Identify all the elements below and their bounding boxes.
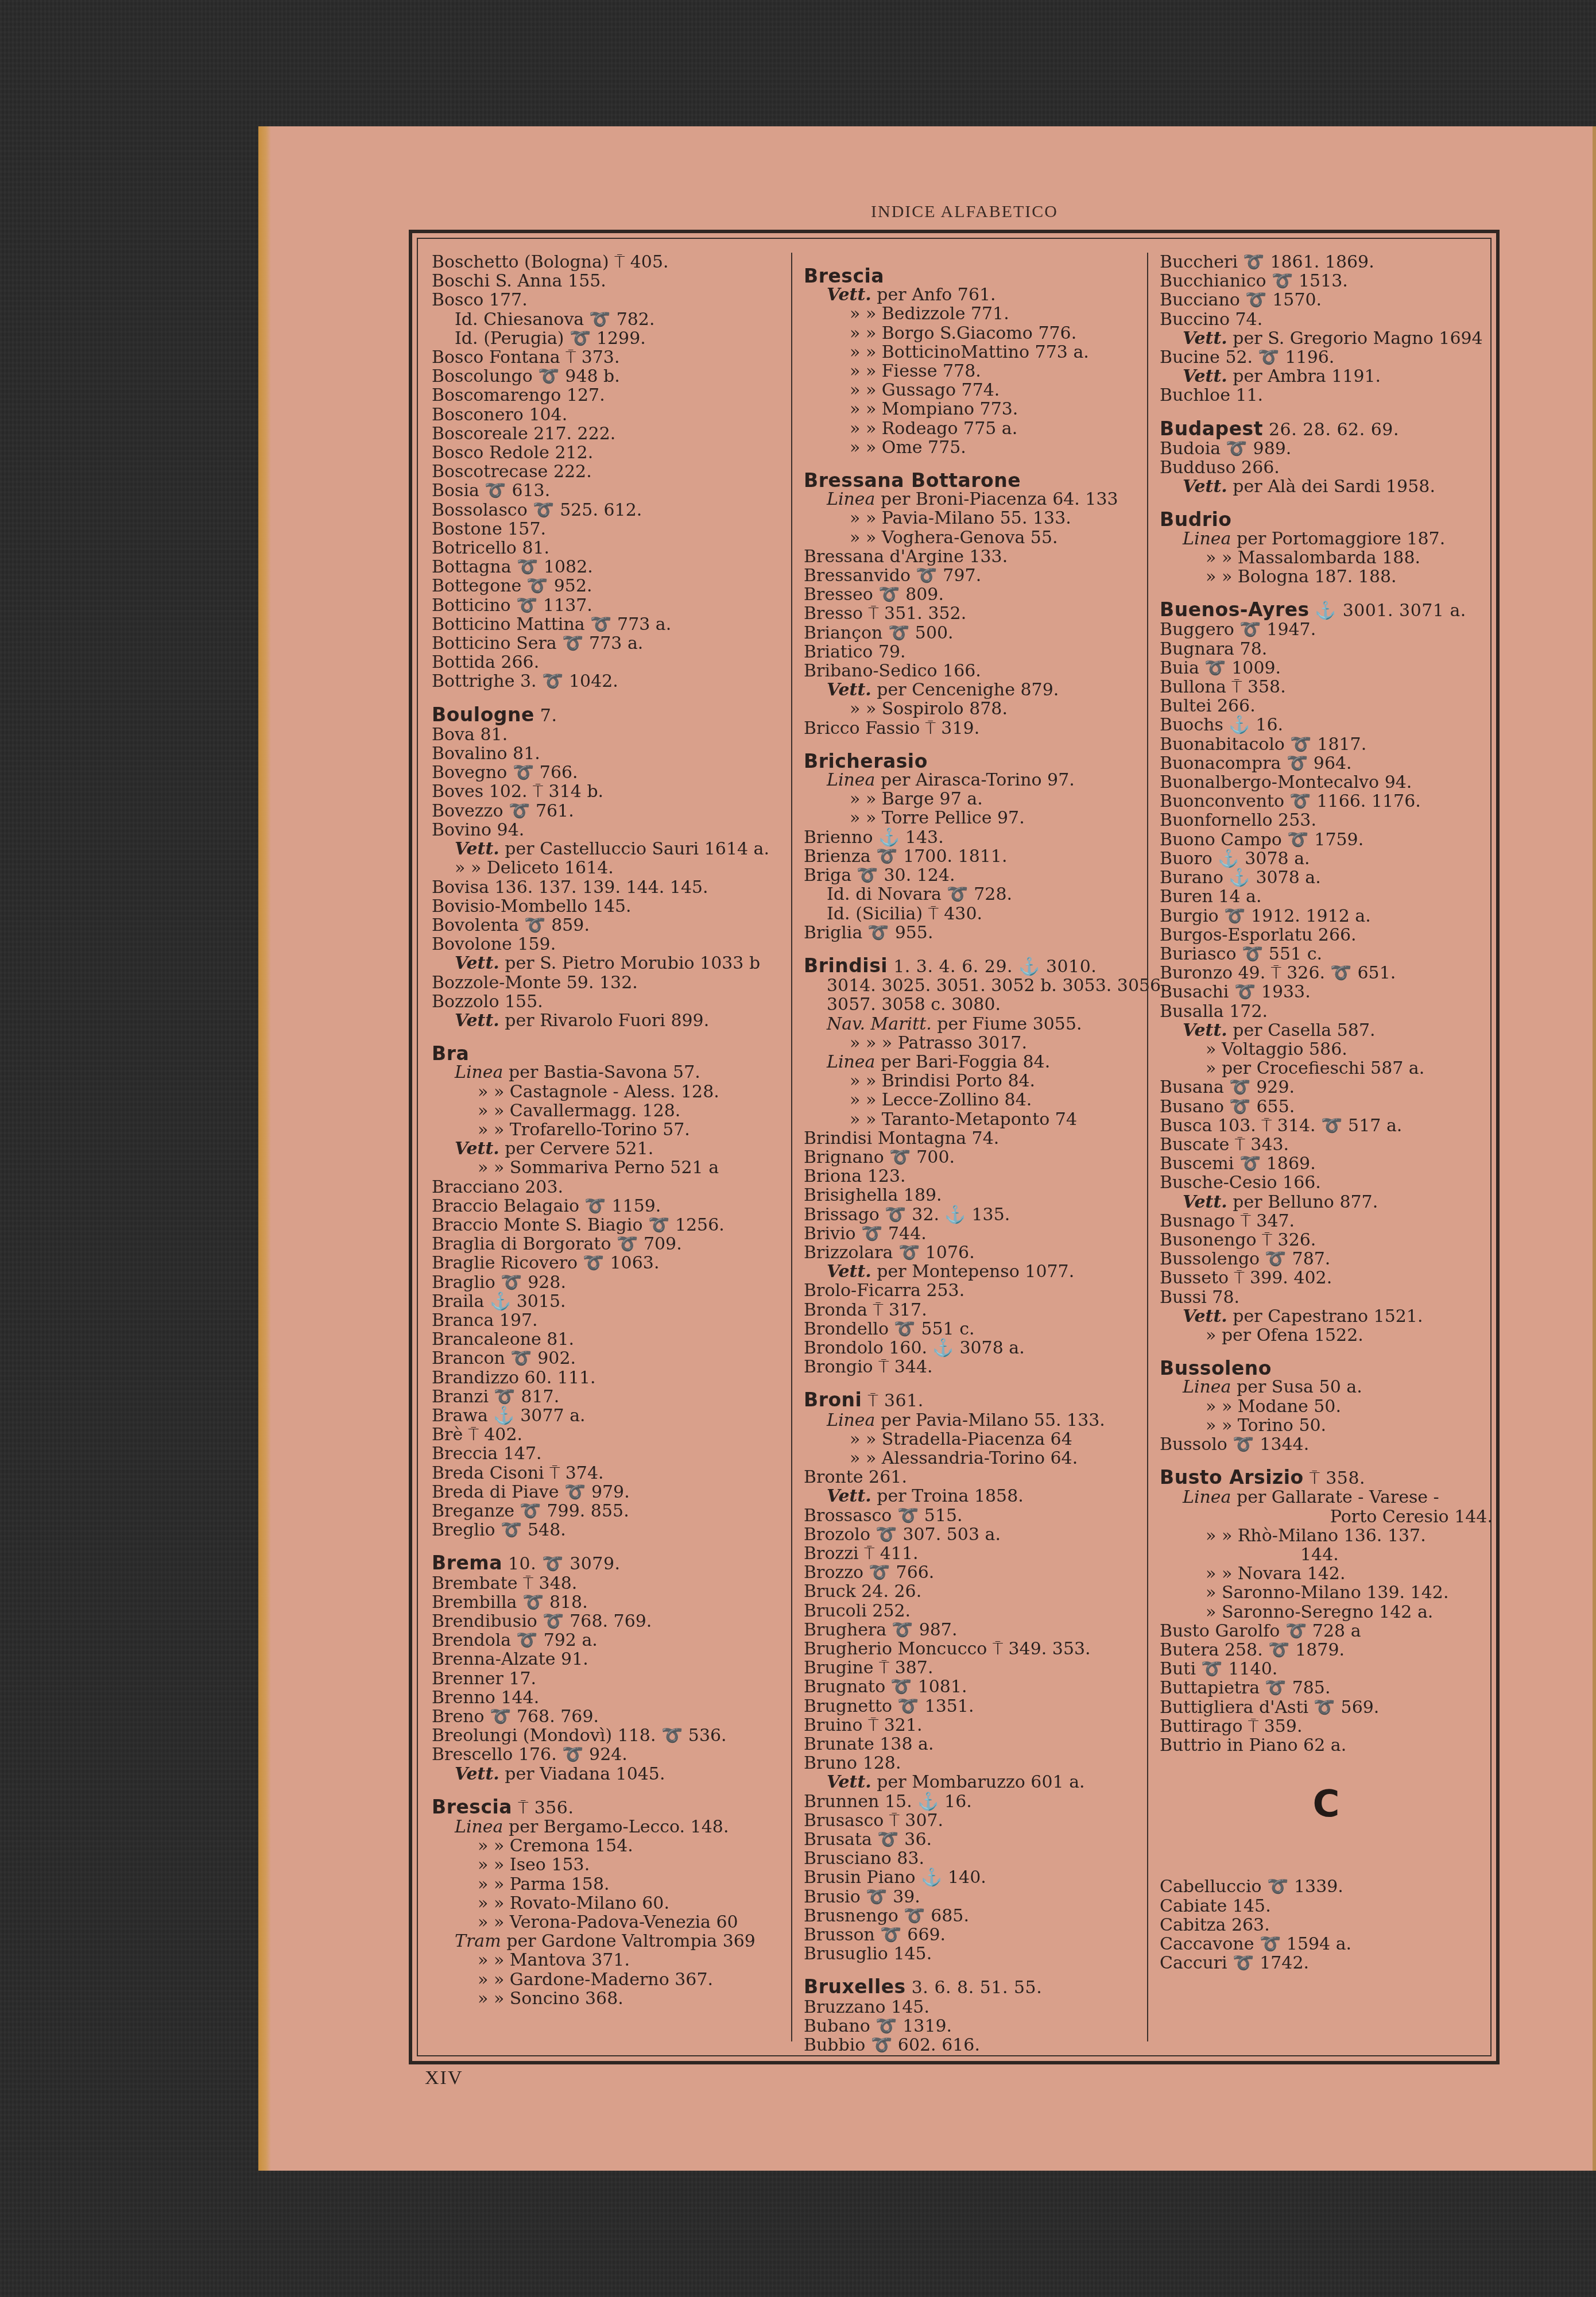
index-entry: Brè ⍑ 402. — [432, 1425, 773, 1444]
index-sub-entry: » » Torino 50. — [1160, 1416, 1493, 1435]
index-entry: Buonabitacolo ➰ 1817. — [1160, 735, 1493, 754]
index-entry: Bussolengo ➰ 787. — [1160, 1250, 1493, 1269]
index-entry: Bovisa 136. 137. 139. 144. 145. — [432, 878, 773, 897]
index-sub-entry: » » Rodeago 775 a. — [804, 419, 1132, 438]
index-sub-entry: » » Rovato-Milano 60. — [432, 1894, 773, 1913]
index-entry: Buttrio in Piano 62 a. — [1160, 1736, 1493, 1755]
index-entry: Bresso ⍑ 351. 352. — [804, 604, 1132, 623]
service-type-label: Vett. — [1183, 477, 1227, 497]
index-heading-entry: Bussoleno — [1160, 1359, 1493, 1378]
index-entry: Brusasco ⍑ 307. — [804, 1811, 1132, 1830]
service-type-label: Linea — [455, 1062, 503, 1082]
index-entry: Brongio ⍑ 344. — [804, 1358, 1132, 1376]
index-entry: Bossolasco ➰ 525. 612. — [432, 501, 773, 520]
service-type-label: Linea — [827, 770, 875, 790]
index-entry: Brawa ⚓ 3077 a. — [432, 1406, 773, 1425]
index-entry: Briga ➰ 30. 124. — [804, 866, 1132, 885]
index-entry: Bugnara 78. — [1160, 640, 1493, 659]
index-entry: Bullona ⍑ 358. — [1160, 678, 1493, 697]
index-heading-entry: Budapest 26. 28. 62. 69. — [1160, 419, 1493, 439]
index-entry: Briatico 79. — [804, 643, 1132, 662]
index-entry: Buonalbergo-Montecalvo 94. — [1160, 773, 1493, 792]
index-entry: Budduso 266. — [1160, 458, 1493, 477]
index-heading-entry: Budrio — [1160, 510, 1493, 529]
index-sub-entry: Linea per Bari-Foggia 84. — [804, 1053, 1132, 1072]
index-sub-entry: » » Iseo 153. — [432, 1855, 773, 1874]
index-entry: Bucine 52. ➰ 1196. — [1160, 348, 1493, 367]
index-entry: Breccia 147. — [432, 1444, 773, 1463]
index-entry: Busalla 172. — [1160, 1002, 1493, 1021]
index-entry: Busachi ➰ 1933. — [1160, 983, 1493, 1001]
index-sub-entry: » » Cavallermagg. 128. — [432, 1101, 773, 1120]
index-sub-entry: » » » Patrasso 3017. — [804, 1034, 1132, 1053]
service-type-label: Linea — [827, 1410, 875, 1430]
service-type-label: Vett. — [455, 839, 499, 859]
index-entry: Boschi S. Anna 155. — [432, 272, 773, 291]
index-heading-entry: Brescia ⍑ 356. — [432, 1797, 773, 1818]
index-entry: Branca 197. — [432, 1311, 773, 1330]
index-sub-entry: Vett. per Ambra 1191. — [1160, 367, 1493, 386]
index-sub-entry: Vett. per Troina 1858. — [804, 1487, 1132, 1506]
index-sub-entry: Id. (Sicilia) ⍑ 430. — [804, 904, 1132, 923]
index-sub-entry: » » Pavia-Milano 55. 133. — [804, 509, 1132, 528]
index-entry: Brucoli 252. — [804, 1602, 1132, 1621]
running-head-title: INDICE ALFABETICO — [844, 202, 1085, 222]
index-entry: Buono Campo ➰ 1759. — [1160, 830, 1493, 849]
index-entry: Bosco Redole 212. — [432, 443, 773, 462]
index-heading-entry: Bricherasio — [804, 752, 1132, 771]
index-entry: Buscemi ➰ 1869. — [1160, 1154, 1493, 1173]
index-sub-entry: » » Mantova 371. — [432, 1951, 773, 1970]
index-entry: Braglia di Borgorato ➰ 709. — [432, 1235, 773, 1254]
index-heading-entry: Boulogne 7. — [432, 705, 773, 725]
index-sub-entry: » » Ome 775. — [804, 438, 1132, 457]
index-sub-entry: Vett. per Rivarolo Fuori 899. — [432, 1011, 773, 1030]
index-column-2: BresciaVett. per Anfo 761.» » Bedizzole … — [791, 253, 1132, 2041]
index-entry: Brugnato ➰ 1081. — [804, 1677, 1132, 1696]
service-type-label: Vett. — [827, 1262, 871, 1282]
service-type-label: Vett. — [1183, 1306, 1227, 1327]
index-entry: Caccuri ➰ 1742. — [1160, 1954, 1493, 1973]
index-entry: Burgio ➰ 1912. 1912 a. — [1160, 907, 1493, 926]
index-entry: Caccavone ➰ 1594 a. — [1160, 1935, 1493, 1954]
index-entry: Briglia ➰ 955. — [804, 923, 1132, 942]
index-sub-entry: Nav. Maritt. per Fiume 3055. — [804, 1015, 1132, 1034]
heading-label: Bussoleno — [1160, 1357, 1272, 1379]
index-entry: Buriasco ➰ 551 c. — [1160, 945, 1493, 964]
index-entry: Bruck 24. 26. — [804, 1582, 1132, 1601]
index-entry: Brozzo ➰ 766. — [804, 1563, 1132, 1582]
index-entry: Brusin Piano ⚓ 140. — [804, 1868, 1132, 1887]
heading-refs: 7. — [534, 706, 557, 726]
index-entry: Busana ➰ 929. — [1160, 1078, 1493, 1097]
index-entry: Buonconvento ➰ 1166. 1176. — [1160, 792, 1493, 811]
heading-label: Busto Arsizio — [1160, 1466, 1304, 1488]
index-entry: Bottrighe 3. ➰ 1042. — [432, 672, 773, 691]
index-entry: Brusio ➰ 39. — [804, 1888, 1132, 1907]
index-entry: Braglie Ricovero ➰ 1063. — [432, 1254, 773, 1273]
index-entry: Buonacompra ➰ 964. — [1160, 754, 1493, 773]
index-entry: Burgos-Esporlatu 266. — [1160, 926, 1493, 945]
index-sub-entry: » » Brindisi Porto 84. — [804, 1072, 1132, 1091]
index-sub-entry: » » Soncino 368. — [432, 1989, 773, 2008]
heading-label: Brescia — [432, 1796, 512, 1818]
index-sub-entry: Id. (Perugia) ➰ 1299. — [432, 329, 773, 348]
index-sub-entry: Vett. per Cencenighe 879. — [804, 680, 1132, 699]
index-entry: Bucciano ➰ 1570. — [1160, 291, 1493, 310]
index-entry: Boscolungo ➰ 948 b. — [432, 367, 773, 386]
index-entry: Brivio ➰ 744. — [804, 1224, 1132, 1243]
index-entry: Brozolo ➰ 307. 503 a. — [804, 1525, 1132, 1544]
index-entry: Breolungi (Mondovì) 118. ➰ 536. — [432, 1726, 773, 1745]
index-sub-entry: Tram per Gardone Valtrompia 369 — [432, 1932, 773, 1951]
index-entry: Brusnengo ➰ 685. — [804, 1907, 1132, 1925]
index-entry: Butera 258. ➰ 1879. — [1160, 1641, 1493, 1660]
index-sub-entry: Vett. per S. Gregorio Magno 1694 — [1160, 329, 1493, 348]
index-sub-entry: Vett. per Mombaruzzo 601 a. — [804, 1773, 1132, 1792]
heading-refs: ⚓ 3001. 3071 a. — [1310, 601, 1466, 621]
index-sub-entry: Linea per Susa 50 a. — [1160, 1378, 1493, 1397]
heading-label: Brindisi — [804, 954, 888, 977]
index-heading-entry: Bressana Bottarone — [804, 471, 1132, 490]
index-entry: Brusata ➰ 36. — [804, 1830, 1132, 1849]
index-entry: Brenno 144. — [432, 1688, 773, 1707]
index-entry: Bottida 266. — [432, 653, 773, 672]
index-entry: Cabitza 263. — [1160, 1916, 1493, 1935]
heading-label: Brescia — [804, 265, 884, 287]
index-sub-entry: 3057. 3058 c. 3080. — [804, 995, 1132, 1014]
index-entry: Brienza ➰ 1700. 1811. — [804, 847, 1132, 866]
index-sub-entry: » » Sommariva Perno 521 a — [432, 1158, 773, 1177]
index-entry: Brenner 17. — [432, 1669, 773, 1688]
index-entry: Breganze ➰ 799. 855. — [432, 1502, 773, 1521]
heading-label: Brema — [432, 1552, 502, 1574]
index-heading-entry: Brindisi 1. 3. 4. 6. 29. ⚓ 3010. — [804, 956, 1132, 976]
index-entry: Briançon ➰ 500. — [804, 624, 1132, 643]
index-sub-entry: » » Bologna 187. 188. — [1160, 567, 1493, 586]
index-sub-entry: » Voltaggio 586. — [1160, 1040, 1493, 1059]
index-sub-entry: » » Parma 158. — [432, 1875, 773, 1894]
index-entry: Buren 14 a. — [1160, 887, 1493, 906]
index-entry: Buia ➰ 1009. — [1160, 659, 1493, 678]
index-sub-entry: » » Gardone-Maderno 367. — [432, 1970, 773, 1989]
index-entry: Brenna-Alzate 91. — [432, 1650, 773, 1669]
index-sub-entry: Linea per Airasca-Torino 97. — [804, 771, 1132, 790]
index-entry: Buronzo 49. ⍑ 326. ➰ 651. — [1160, 964, 1493, 983]
index-entry: Braila ⚓ 3015. — [432, 1292, 773, 1311]
index-entry: Botricello 81. — [432, 539, 773, 558]
index-entry: Brugine ⍑ 387. — [804, 1658, 1132, 1677]
index-entry: Bovino 94. — [432, 821, 773, 840]
index-entry: Brughera ➰ 987. — [804, 1621, 1132, 1639]
index-entry: Brienno ⚓ 143. — [804, 828, 1132, 847]
index-sub-entry: Id. Chiesanova ➰ 782. — [432, 310, 773, 329]
heading-refs: ⍑ 361. — [862, 1391, 923, 1411]
index-entry: Botticino Sera ➰ 773 a. — [432, 634, 773, 653]
service-type-label: Linea — [1183, 1377, 1231, 1397]
index-entry: Bovisio-Mombello 145. — [432, 897, 773, 916]
index-entry: Bribano-Sedico 166. — [804, 662, 1132, 680]
index-entry: Brondello ➰ 551 c. — [804, 1320, 1132, 1339]
index-entry: Brembilla ➰ 818. — [432, 1593, 773, 1612]
index-sub-entry: Linea per Portomaggiore 187. — [1160, 529, 1493, 548]
index-sub-entry: Id. di Novara ➰ 728. — [804, 885, 1132, 904]
index-entry: Buochs ⚓ 16. — [1160, 716, 1493, 734]
index-entry: Brancaleone 81. — [432, 1330, 773, 1349]
index-entry: Busano ➰ 655. — [1160, 1097, 1493, 1116]
service-type-label: Vett. — [1183, 1020, 1227, 1041]
index-sub-entry: 144. — [1160, 1545, 1493, 1564]
index-entry: Boscomarengo 127. — [432, 386, 773, 405]
service-type-label: Linea — [827, 1052, 875, 1072]
index-entry: Boschetto (Bologna) ⍑ 405. — [432, 253, 773, 272]
index-entry: Cabelluccio ➰ 1339. — [1160, 1877, 1493, 1896]
index-sub-entry: Vett. per Belluno 877. — [1160, 1193, 1493, 1212]
index-entry: Buchloe 11. — [1160, 386, 1493, 405]
heading-refs: 26. 28. 62. 69. — [1263, 420, 1399, 440]
index-entry: Bucchianico ➰ 1513. — [1160, 272, 1493, 291]
index-entry: Boves 102. ⍑ 314 b. — [432, 782, 773, 801]
index-sub-entry: 3014. 3025. 3051. 3052 b. 3053. 3056. — [804, 976, 1132, 995]
index-entry: Bostone 157. — [432, 520, 773, 539]
index-entry: Bozzole-Monte 59. 132. — [432, 973, 773, 992]
index-sub-entry: Vett. per Montepenso 1077. — [804, 1262, 1132, 1281]
index-entry: Bovegno ➰ 766. — [432, 763, 773, 782]
index-heading-entry: Busto Arsizio ⍑ 358. — [1160, 1468, 1493, 1488]
index-entry: Bovalino 81. — [432, 744, 773, 763]
index-entry: Buccheri ➰ 1861. 1869. — [1160, 253, 1493, 272]
index-entry: Brignano ➰ 700. — [804, 1148, 1132, 1167]
index-entry: Busseto ⍑ 399. 402. — [1160, 1269, 1493, 1287]
service-type-label: Linea — [827, 489, 875, 509]
index-entry: Brusciano 83. — [804, 1849, 1132, 1868]
index-entry: Bottegone ➰ 952. — [432, 577, 773, 595]
index-entry: Buscate ⍑ 343. — [1160, 1135, 1493, 1154]
index-sub-entry: » » Stradella-Piacenza 64 — [804, 1430, 1132, 1449]
index-entry: Bruino ⍑ 321. — [804, 1716, 1132, 1735]
index-entry: Brugherio Moncucco ⍑ 349. 353. — [804, 1639, 1132, 1658]
index-entry: Brossasco ➰ 515. — [804, 1506, 1132, 1525]
index-entry: Bosconero 104. — [432, 405, 773, 424]
index-entry: Bricco Fassio ⍑ 319. — [804, 719, 1132, 738]
index-sub-entry: » » Fiesse 778. — [804, 362, 1132, 381]
index-sub-entry: » » Torre Pellice 97. — [804, 809, 1132, 827]
index-entry: Braccio Monte S. Biagio ➰ 1256. — [432, 1216, 773, 1235]
service-type-label: Vett. — [827, 285, 871, 305]
service-type-label: Vett. — [1183, 1192, 1227, 1212]
service-type-label: Linea — [1183, 1487, 1231, 1507]
index-entry: Breda Cisoni ⍑ 374. — [432, 1464, 773, 1483]
index-entry: Busche-Cesio 166. — [1160, 1173, 1493, 1192]
service-type-label: Linea — [1183, 529, 1231, 549]
index-entry: Busnago ⍑ 347. — [1160, 1212, 1493, 1231]
index-entry: Buonfornello 253. — [1160, 811, 1493, 830]
index-entry: Bruzzano 145. — [804, 1998, 1132, 2017]
index-entry: Botticino ➰ 1137. — [432, 596, 773, 615]
index-entry: Bussolo ➰ 1344. — [1160, 1435, 1493, 1454]
index-sub-entry: » » Bedizzole 771. — [804, 304, 1132, 323]
index-entry: Brizzolara ➰ 1076. — [804, 1243, 1132, 1262]
index-entry: Braglio ➰ 928. — [432, 1273, 773, 1292]
index-entry: Busca 103. ⍑ 314. ➰ 517 a. — [1160, 1116, 1493, 1135]
service-type-label: Vett. — [455, 953, 499, 973]
index-entry: Brugnetto ➰ 1351. — [804, 1697, 1132, 1716]
index-entry: Brendibusio ➰ 768. 769. — [432, 1612, 773, 1631]
index-entry: Branzi ➰ 817. — [432, 1387, 773, 1406]
index-entry: Bronte 261. — [804, 1468, 1132, 1487]
index-heading-entry: Brema 10. ➰ 3079. — [432, 1553, 773, 1573]
index-sub-entry: » » Gussago 774. — [804, 381, 1132, 400]
index-sub-entry: » » Barge 97 a. — [804, 790, 1132, 809]
index-sub-entry: » » BotticinoMattino 773 a. — [804, 343, 1132, 362]
heading-label: Bressana Bottarone — [804, 469, 1021, 492]
index-entry: Buttigliera d'Asti ➰ 569. — [1160, 1698, 1493, 1717]
index-sub-entry: » » Verona-Padova-Venezia 60 — [432, 1913, 773, 1932]
heading-label: Budapest — [1160, 417, 1263, 440]
index-heading-entry: Bruxelles 3. 6. 8. 51. 55. — [804, 1977, 1132, 1997]
index-sub-entry: » » Rhò-Milano 136. 137. — [1160, 1526, 1493, 1545]
service-type-label: Vett. — [827, 680, 871, 700]
index-entry: Brunate 138 a. — [804, 1735, 1132, 1754]
index-sub-entry: » » Mompiano 773. — [804, 400, 1132, 419]
index-entry: Buti ➰ 1140. — [1160, 1660, 1493, 1679]
service-type-label: Vett. — [455, 1764, 499, 1784]
service-type-label: Vett. — [1183, 328, 1227, 349]
heading-refs: ⍑ 356. — [512, 1798, 574, 1818]
index-sub-entry: Linea per Bergamo-Lecco. 148. — [432, 1818, 773, 1836]
index-entry: Brancon ➰ 902. — [432, 1349, 773, 1368]
index-sub-entry: » » Modane 50. — [1160, 1397, 1493, 1416]
index-entry: Budoia ➰ 989. — [1160, 439, 1493, 458]
index-entry: Brandizzo 60. 111. — [432, 1368, 773, 1387]
index-sub-entry: » » Deliceto 1614. — [432, 859, 773, 877]
index-sub-entry: Linea per Gallarate - Varese - — [1160, 1488, 1493, 1507]
index-sub-entry: » » Trofarello-Torino 57. — [432, 1120, 773, 1139]
index-entry: Brusson ➰ 669. — [804, 1925, 1132, 1944]
index-sub-entry: Porto Ceresio 144. — [1160, 1507, 1493, 1526]
index-entry: Bottagna ➰ 1082. — [432, 558, 773, 577]
index-entry: Breno ➰ 768. 769. — [432, 1707, 773, 1726]
index-sub-entry: » per Ofena 1522. — [1160, 1326, 1493, 1345]
index-sub-entry: Linea per Pavia-Milano 55. 133. — [804, 1411, 1132, 1430]
index-entry: Bruno 128. — [804, 1754, 1132, 1773]
section-letter: C — [1160, 1795, 1493, 1814]
index-sub-entry: » » Novara 142. — [1160, 1564, 1493, 1583]
index-sub-entry: » » Voghera-Genova 55. — [804, 528, 1132, 547]
index-entry: Boscoreale 217. 222. — [432, 424, 773, 443]
index-entry: Buccino 74. — [1160, 310, 1493, 329]
index-heading-entry: Broni ⍑ 361. — [804, 1390, 1132, 1410]
service-type-label: Vett. — [455, 1139, 499, 1159]
index-entry: Cabiate 145. — [1160, 1897, 1493, 1916]
index-entry: Brescello 176. ➰ 924. — [432, 1745, 773, 1764]
index-entry: Bosco Fontana ⍑ 373. — [432, 348, 773, 367]
index-sub-entry: » » Borgo S.Giacomo 776. — [804, 324, 1132, 343]
heading-label: Bruxelles — [804, 1975, 906, 1998]
index-sub-entry: Vett. per Castelluccio Sauri 1614 a. — [432, 840, 773, 859]
service-type-label: Vett. — [827, 1486, 871, 1506]
index-sub-entry: Linea per Broni-Piacenza 64. 133 — [804, 490, 1132, 509]
index-sub-entry: Vett. per Cervere 521. — [432, 1139, 773, 1158]
index-sub-entry: Vett. per Alà dei Sardi 1958. — [1160, 477, 1493, 496]
index-entry: Buttirago ⍑ 359. — [1160, 1717, 1493, 1736]
index-sub-entry: Vett. per Casella 587. — [1160, 1021, 1493, 1040]
index-entry: Bressana d'Argine 133. — [804, 547, 1132, 566]
heading-refs: 3. 6. 8. 51. 55. — [906, 1978, 1042, 1998]
heading-label: Bricherasio — [804, 750, 928, 772]
index-entry: Brozzi ⍑ 411. — [804, 1544, 1132, 1563]
index-entry: Brondolo 160. ⚓ 3078 a. — [804, 1339, 1132, 1358]
index-sub-entry: » » Lecce-Zollino 84. — [804, 1091, 1132, 1109]
index-sub-entry: » » Sospirolo 878. — [804, 699, 1132, 718]
index-entry: Bosia ➰ 613. — [432, 481, 773, 500]
index-entry: Bova 81. — [432, 725, 773, 744]
index-entry: Boscotrecase 222. — [432, 462, 773, 481]
index-entry: Breglio ➰ 548. — [432, 1521, 773, 1540]
index-sub-entry: » » Massalombarda 188. — [1160, 548, 1493, 567]
index-entry: Bosco 177. — [432, 291, 773, 310]
index-entry: Briona 123. — [804, 1167, 1132, 1186]
service-type-label: Vett. — [827, 1772, 871, 1792]
index-entry: Brendola ➰ 792 a. — [432, 1631, 773, 1650]
index-heading-entry: Bra — [432, 1044, 773, 1063]
index-entry: Brindisi Montagna 74. — [804, 1129, 1132, 1148]
service-type-label: Linea — [455, 1817, 503, 1837]
index-entry: Burano ⚓ 3078 a. — [1160, 868, 1493, 887]
heading-label: Budrio — [1160, 508, 1232, 531]
index-entry: Bracciano 203. — [432, 1178, 773, 1197]
index-entry: Brolo-Ficarra 253. — [804, 1281, 1132, 1300]
index-entry: Bressanvido ➰ 797. — [804, 566, 1132, 585]
index-heading-entry: Brescia — [804, 266, 1132, 285]
index-column-1: Boschetto (Bologna) ⍑ 405.Boschi S. Anna… — [432, 253, 773, 2008]
index-entry: Bubano ➰ 1319. — [804, 2017, 1132, 2036]
index-entry: Bovolone 159. — [432, 935, 773, 954]
index-sub-entry: » » Taranto-Metaponto 74 — [804, 1110, 1132, 1129]
index-entry: Brunnen 15. ⚓ 16. — [804, 1792, 1132, 1811]
index-sub-entry: Vett. per Viadana 1045. — [432, 1765, 773, 1784]
index-heading-entry: Buenos-Ayres ⚓ 3001. 3071 a. — [1160, 600, 1493, 620]
index-sub-entry: Vett. per Anfo 761. — [804, 285, 1132, 304]
service-type-label: Vett. — [455, 1011, 499, 1031]
index-entry: Brembate ⍑ 348. — [432, 1574, 773, 1593]
heading-refs: ⍑ 358. — [1304, 1468, 1365, 1488]
index-sub-entry: » » Cremona 154. — [432, 1836, 773, 1855]
index-sub-entry: » » Castagnole - Aless. 128. — [432, 1082, 773, 1101]
index-sub-entry: » Saronno-Milano 139. 142. — [1160, 1583, 1493, 1602]
service-type-label: Tram — [455, 1931, 501, 1951]
index-sub-entry: » » Alessandria-Torino 64. — [804, 1449, 1132, 1468]
index-entry: Bovezzo ➰ 761. — [432, 802, 773, 821]
index-sub-entry: Vett. per S. Pietro Morubio 1033 b — [432, 954, 773, 973]
index-entry: Bresseo ➰ 809. — [804, 585, 1132, 604]
index-entry: Bozzolo 155. — [432, 992, 773, 1011]
heading-label: Broni — [804, 1389, 862, 1411]
index-entry: Bronda ⍑ 317. — [804, 1301, 1132, 1320]
index-sub-entry: Vett. per Capestrano 1521. — [1160, 1307, 1493, 1326]
index-entry: Busto Garolfo ➰ 728 a — [1160, 1622, 1493, 1641]
index-sub-entry: Linea per Bastia-Savona 57. — [432, 1063, 773, 1082]
heading-label: Buenos-Ayres — [1160, 598, 1310, 621]
index-entry: Buggero ➰ 1947. — [1160, 620, 1493, 639]
index-entry: Breda di Piave ➰ 979. — [432, 1483, 773, 1502]
index-entry: Bovolenta ➰ 859. — [432, 916, 773, 935]
index-entry: Braccio Belagaio ➰ 1159. — [432, 1197, 773, 1216]
index-entry: Buoro ⚓ 3078 a. — [1160, 849, 1493, 868]
index-sub-entry: » per Crocefieschi 587 a. — [1160, 1059, 1493, 1078]
heading-label: Bra — [432, 1042, 469, 1065]
service-type-label: Nav. Maritt. — [827, 1014, 932, 1034]
